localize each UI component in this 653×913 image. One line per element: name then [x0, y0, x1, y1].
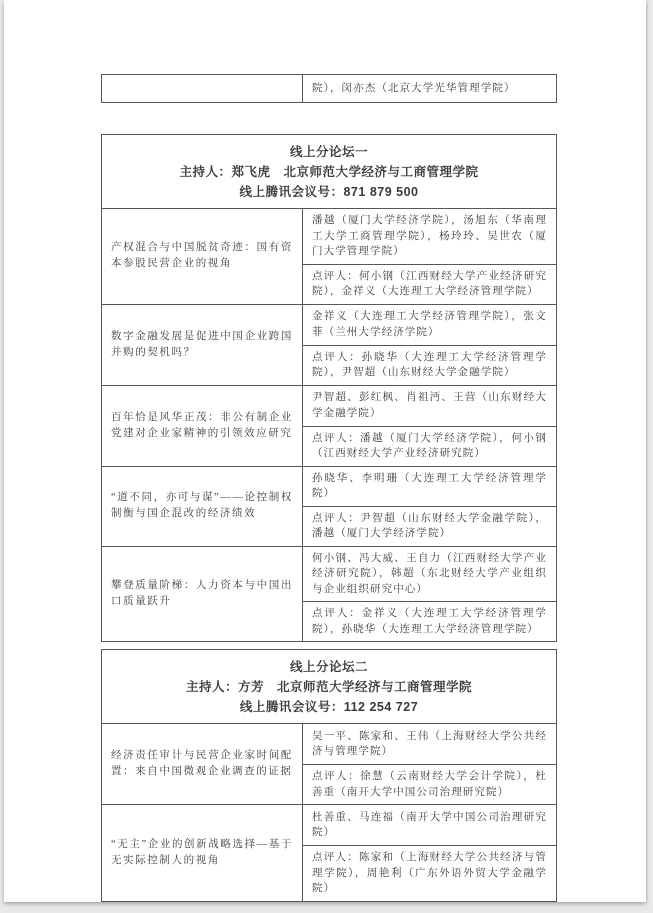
forum-1-header: 线上分论坛一 主持人：郑飞虎 北京师范大学经济与工商管理学院 线上腾讯会议号：8… — [102, 135, 556, 209]
discussants-cell: 点评人：潘越（厦门大学经济学院），何小钢（江西财经大学产业经济研究院） — [303, 426, 556, 466]
row-right-col: 潘越（厦门大学经济学院），汤旭东（华南理工大学工商管理学院），杨玲玲、吴世农（厦… — [303, 209, 556, 304]
session-topic: 数字金融发展是促进中国企业跨国并购的契机吗？ — [102, 305, 303, 385]
row-right-col: 尹智超、彭红枫、肖祖沔、王营（山东财经大学金融学院） 点评人：潘越（厦门大学经济… — [303, 386, 556, 466]
row-right-col: 吴一平、陈家和、王伟（上海财经大学公共经济与管理学院） 点评人：徐慧（云南财经大… — [303, 724, 556, 804]
table-row: 攀登质量阶梯：人力资本与中国出口质量跃升 何小钢、冯大威、王自力（江西财经大学产… — [102, 546, 556, 642]
table-row: “无主”企业的创新战略选择—基于无实际控制人的视角 杜善重、马连福（南开大学中国… — [102, 804, 556, 901]
discussants-cell: 点评人：尹智超（山东财经大学金融学院），潘越（厦门大学经济学院） — [303, 506, 556, 546]
row-right-col: 孙晓华、李明珊（大连理工大学经济管理学院） 点评人：尹智超（山东财经大学金融学院… — [303, 467, 556, 546]
meeting-id-line: 线上腾讯会议号：871 879 500 — [108, 182, 550, 202]
table-row: 产权混合与中国脱贫奇迹：国有资本参股民营企业的视角 潘越（厦门大学经济学院），汤… — [102, 209, 556, 304]
session-topic: 经济责任审计与民营企业家时间配置：来自中国微观企业调查的证据 — [102, 724, 303, 804]
table-row: 百年恰是风华正茂：非公有制企业党建对企业家精神的引领效应研究 尹智超、彭红枫、肖… — [102, 385, 556, 466]
discussants-cell: 点评人：徐慧（云南财经大学会计学院），杜善重（南开大学中国公司治理研究院） — [303, 764, 556, 804]
presenters-cell: 尹智超、彭红枫、肖祖沔、王营（山东财经大学金融学院） — [303, 386, 556, 426]
program-content: 院），闵亦杰（北京大学光华管理学院） 线上分论坛一 主持人：郑飞虎 北京师范大学… — [101, 74, 557, 902]
presenters-cell: 潘越（厦门大学经济学院），汤旭东（华南理工大学工商管理学院），杨玲玲、吴世农（厦… — [303, 209, 556, 264]
session-topic: 攀登质量阶梯：人力资本与中国出口质量跃升 — [102, 547, 303, 642]
presenters-cell: 吴一平、陈家和、王伟（上海财经大学公共经济与管理学院） — [303, 724, 556, 764]
continuation-text-cell: 院），闵亦杰（北京大学光华管理学院） — [303, 75, 556, 102]
session-topic: 产权混合与中国脱贫奇迹：国有资本参股民营企业的视角 — [102, 209, 303, 304]
table-row: “道不同，亦可与谋”——论控制权制衡与国企混改的经济绩效 孙晓华、李明珊（大连理… — [102, 466, 556, 546]
presenters-cell: 杜善重、马连福（南开大学中国公司治理研究院） — [303, 805, 556, 845]
forum-title: 线上分论坛一 — [108, 142, 550, 162]
row-right-col: 杜善重、马连福（南开大学中国公司治理研究院） 点评人：陈家和（上海财经大学公共经… — [303, 805, 556, 901]
forum-1-table: 线上分论坛一 主持人：郑飞虎 北京师范大学经济与工商管理学院 线上腾讯会议号：8… — [101, 134, 557, 642]
scanned-page: 院），闵亦杰（北京大学光华管理学院） 线上分论坛一 主持人：郑飞虎 北京师范大学… — [4, 0, 646, 902]
session-topic: “无主”企业的创新战略选择—基于无实际控制人的视角 — [102, 805, 303, 901]
host-line: 主持人：郑飞虎 北京师范大学经济与工商管理学院 — [108, 162, 550, 182]
continuation-table: 院），闵亦杰（北京大学光华管理学院） — [101, 74, 557, 103]
continuation-right-col: 院），闵亦杰（北京大学光华管理学院） — [303, 75, 556, 102]
forum-2-table: 线上分论坛二 主持人：方芳 北京师范大学经济与工商管理学院 线上腾讯会议号：11… — [101, 649, 557, 902]
presenters-cell: 金祥义（大连理工大学经济管理学院），张文菲（兰州大学经济学院） — [303, 305, 556, 345]
table-row: 数字金融发展是促进中国企业跨国并购的契机吗？ 金祥义（大连理工大学经济管理学院）… — [102, 304, 556, 385]
forum-title: 线上分论坛二 — [108, 657, 550, 677]
table-row: 院），闵亦杰（北京大学光华管理学院） — [102, 75, 556, 102]
presenters-cell: 孙晓华、李明珊（大连理工大学经济管理学院） — [303, 467, 556, 506]
meeting-id-line: 线上腾讯会议号：112 254 727 — [108, 697, 550, 717]
row-right-col: 何小钢、冯大威、王自力（江西财经大学产业经济研究院），韩超（东北财经大学产业组织… — [303, 547, 556, 642]
continuation-topic-cell — [102, 75, 303, 102]
host-line: 主持人：方芳 北京师范大学经济与工商管理学院 — [108, 677, 550, 697]
discussants-cell: 点评人：金祥义（大连理工大学经济管理学院），孙晓华（大连理工大学经济管理学院） — [303, 601, 556, 641]
session-topic: “道不同，亦可与谋”——论控制权制衡与国企混改的经济绩效 — [102, 467, 303, 546]
session-topic: 百年恰是风华正茂：非公有制企业党建对企业家精神的引领效应研究 — [102, 386, 303, 466]
table-row: 经济责任审计与民营企业家时间配置：来自中国微观企业调查的证据 吴一平、陈家和、王… — [102, 724, 556, 804]
discussants-cell: 点评人：孙晓华（大连理工大学经济管理学院），尹智超（山东财经大学金融学院） — [303, 345, 556, 385]
discussants-cell: 点评人：何小钢（江西财经大学产业经济研究院），金祥义（大连理工大学经济管理学院） — [303, 264, 556, 304]
presenters-cell: 何小钢、冯大威、王自力（江西财经大学产业经济研究院），韩超（东北财经大学产业组织… — [303, 547, 556, 602]
row-right-col: 金祥义（大连理工大学经济管理学院），张文菲（兰州大学经济学院） 点评人：孙晓华（… — [303, 305, 556, 385]
discussants-cell: 点评人：陈家和（上海财经大学公共经济与管理学院），周艳利（广东外语外贸大学金融学… — [303, 845, 556, 901]
forum-2-header: 线上分论坛二 主持人：方芳 北京师范大学经济与工商管理学院 线上腾讯会议号：11… — [102, 650, 556, 724]
